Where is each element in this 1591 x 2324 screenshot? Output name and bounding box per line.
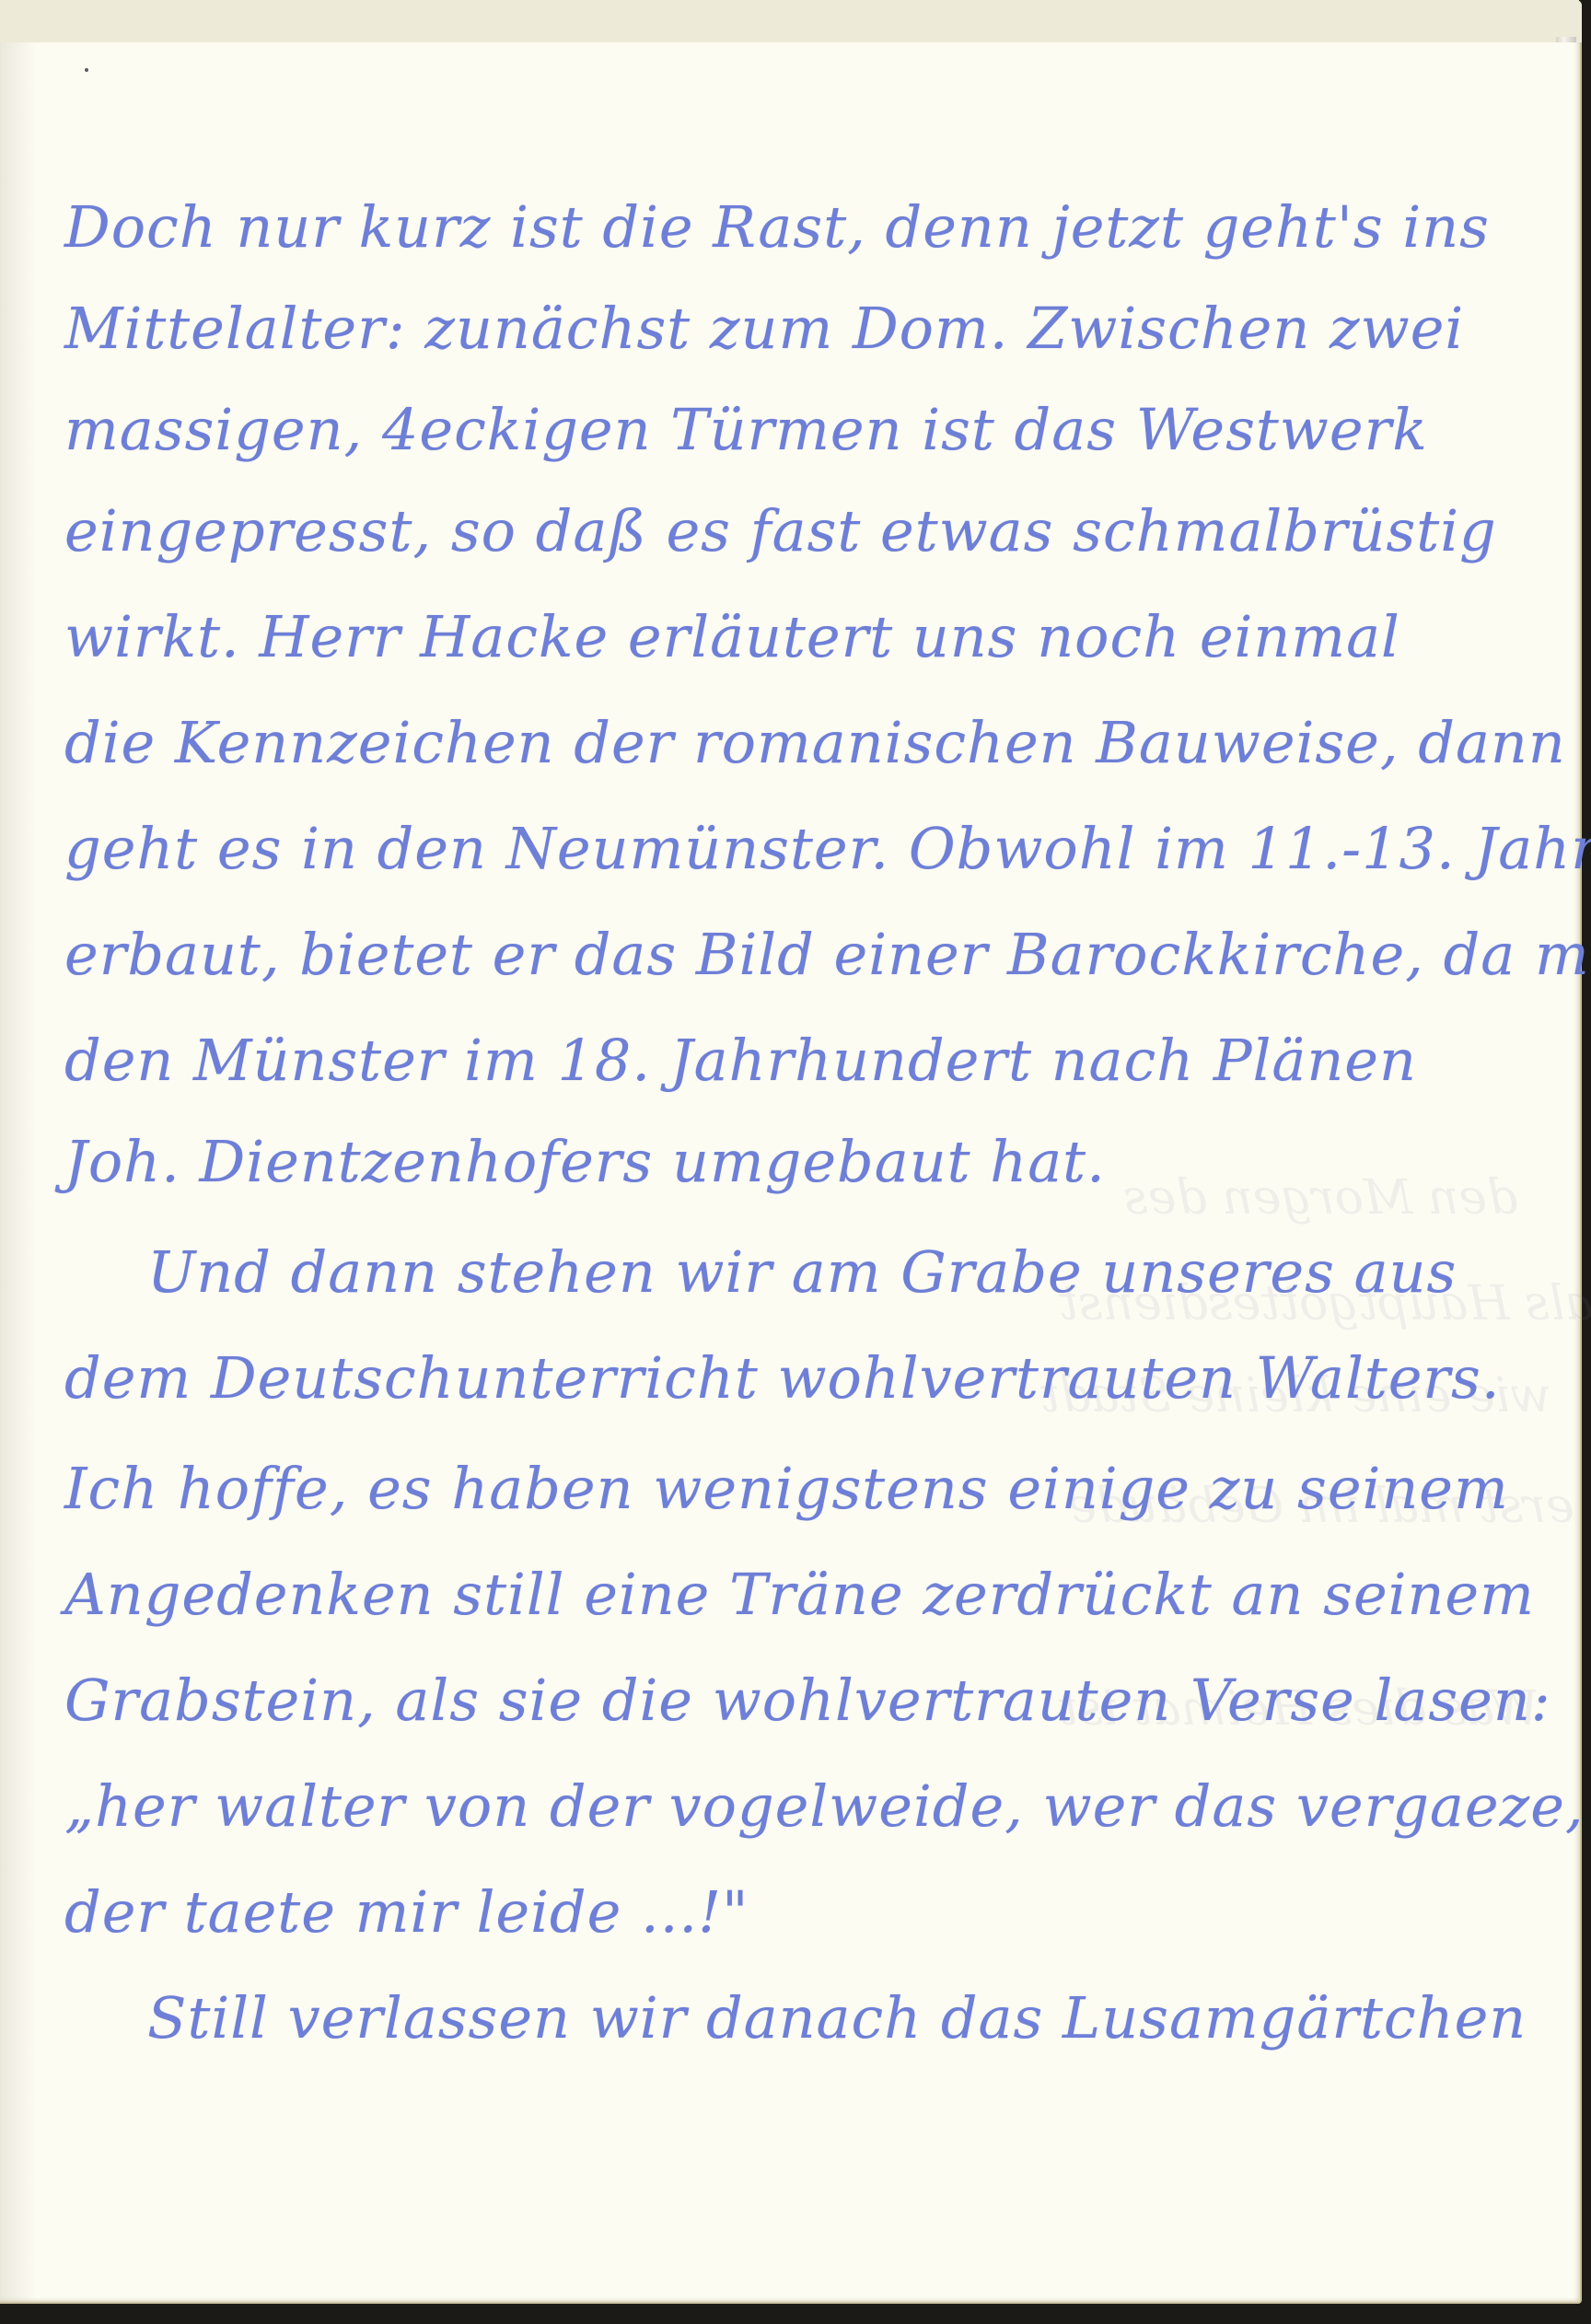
- text-line: Mittelalter: zunächst zum Dom. Zwischen …: [64, 300, 1464, 357]
- text-line: Und dann stehen wir am Grabe unseres aus: [147, 1244, 1457, 1301]
- text-line: die Kennzeichen der romanischen Bauweise…: [64, 715, 1566, 772]
- text-line: der taete mir leide ...!": [64, 1884, 749, 1941]
- ink-dot: [85, 68, 88, 72]
- back-page-top-edge: [0, 0, 1579, 43]
- text-line: Doch nur kurz ist die Rast, denn jetzt g…: [64, 199, 1490, 256]
- binding-shadow: [0, 42, 37, 2302]
- text-line: den Münster im 18. Jahrhundert nach Plän…: [64, 1032, 1417, 1089]
- text-line: Angedenken still eine Träne zerdrückt an…: [64, 1566, 1535, 1623]
- text-line: Ich hoffe, es haben wenigstens einige zu…: [64, 1460, 1509, 1517]
- text-line: eingepresst, so daß es fast etwas schmal…: [64, 503, 1497, 560]
- text-line: Still verlassen wir danach das Lusamgärt…: [147, 1990, 1527, 2047]
- text-line: wirkt. Herr Hacke erläutert uns noch ein…: [64, 609, 1400, 666]
- text-line: massigen, 4eckigen Türmen ist das Westwe…: [64, 401, 1428, 459]
- text-line: erbaut, bietet er das Bild einer Barockk…: [64, 926, 1591, 983]
- text-line: geht es in den Neumünster. Obwohl im 11.…: [64, 820, 1591, 877]
- bleed-through-line: den Morgen des: [1123, 1170, 1517, 1226]
- text-line: dem Deutschunterricht wohlvertrauten Wal…: [64, 1350, 1501, 1407]
- scanned-page: den Morgen des als Hauptgottesdienst wie…: [0, 0, 1591, 2324]
- text-line: Joh. Dientzenhofers umgebaut hat.: [64, 1133, 1106, 1191]
- text-line: „her walter von der vogelweide, wer das …: [64, 1778, 1585, 1835]
- text-line: Grabstein, als sie die wohlvertrauten Ve…: [64, 1672, 1551, 1729]
- notebook-page: den Morgen des als Hauptgottesdienst wie…: [0, 42, 1582, 2304]
